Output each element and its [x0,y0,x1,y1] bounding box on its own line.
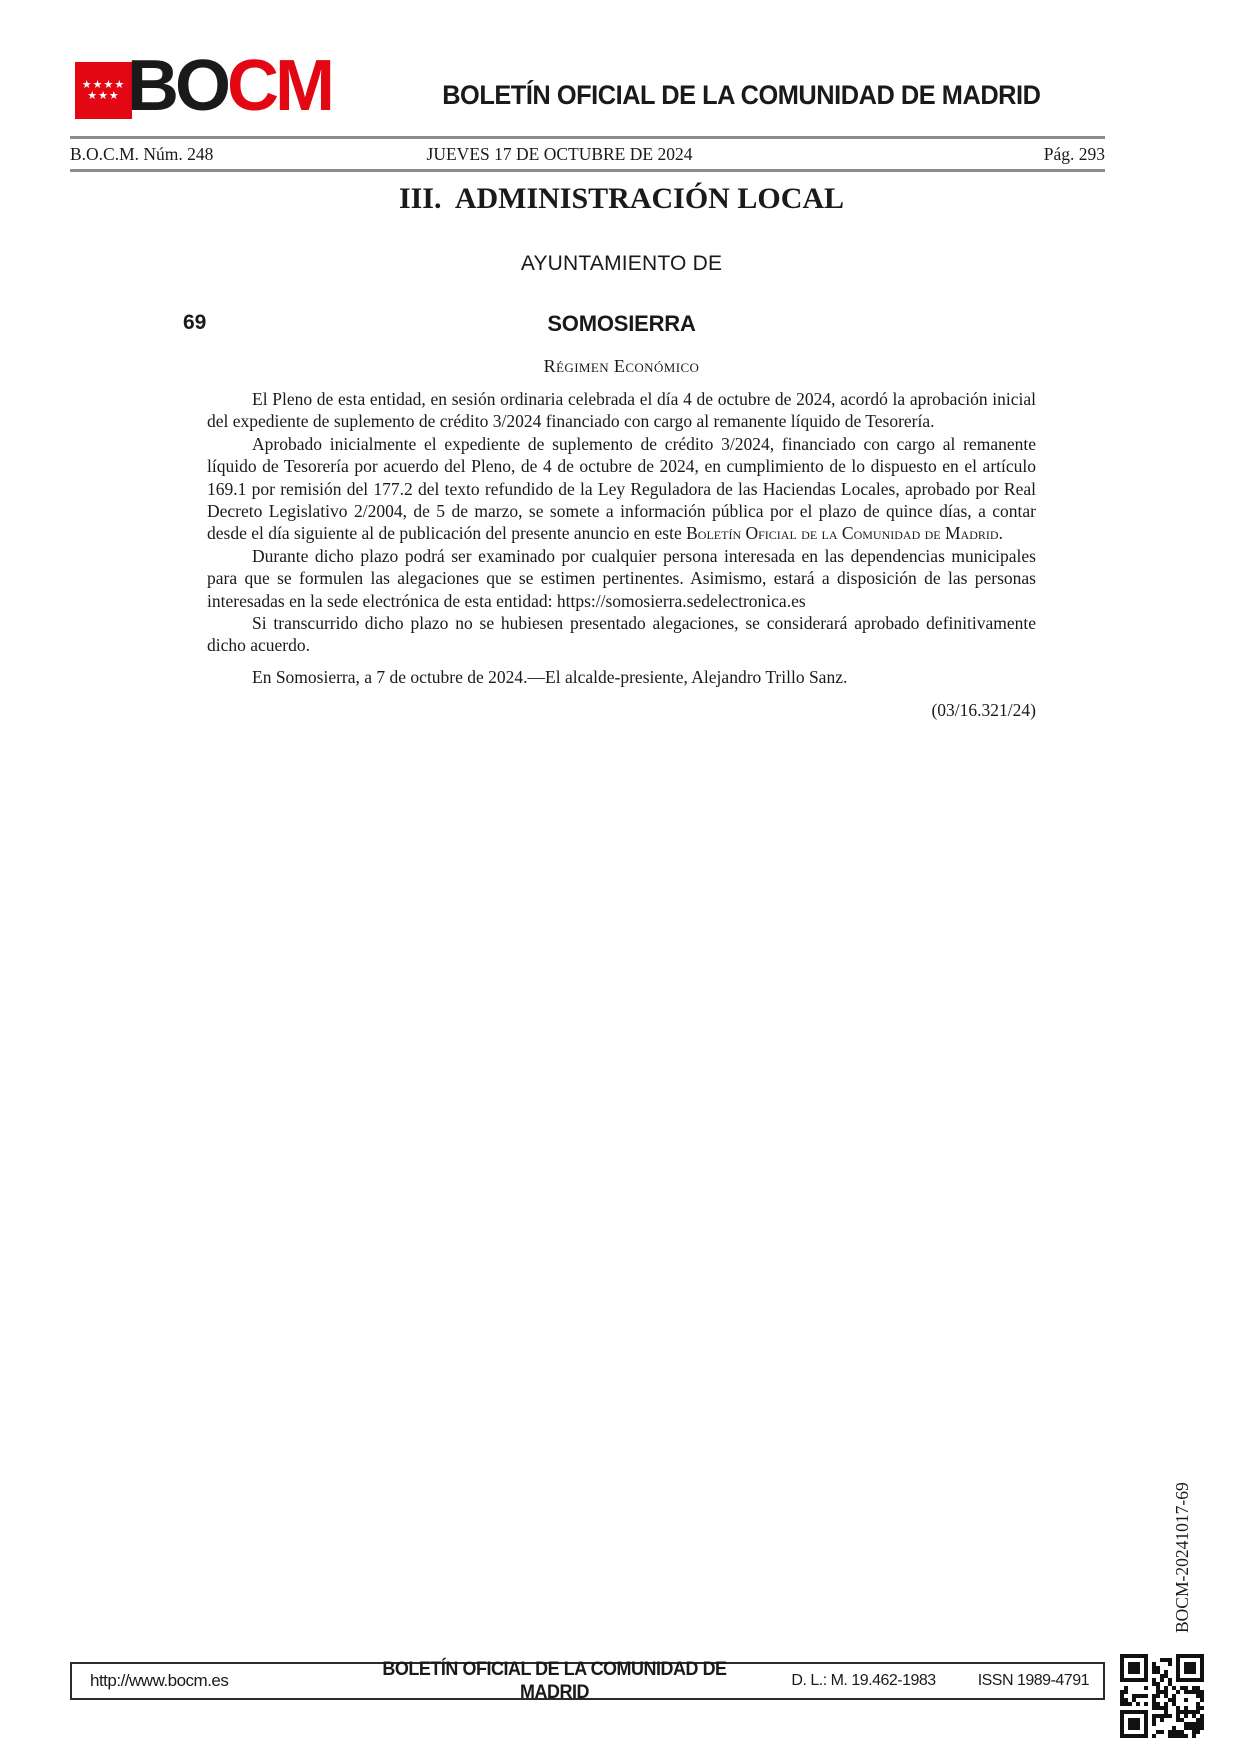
announcement-number: 69 [183,311,206,335]
text-run: . [999,523,1003,543]
bocm-wordmark-black: BO [127,46,227,126]
text-run: Si transcurrido dicho plazo no se hubies… [207,613,1036,655]
issue-date: JUEVES 17 DE OCTUBRE DE 2024 [372,144,747,165]
bocm-wordmark: BOCM [127,50,331,122]
text-run: El Pleno de esta entidad, en sesión ordi… [207,389,1036,431]
header-rule-top [70,136,1105,139]
paragraph: Aprobado inicialmente el expediente de s… [207,433,1036,545]
subject-heading: Régimen Económico [207,356,1036,377]
section-title: III. ADMINISTRACIÓN LOCAL [207,182,1036,216]
bulletin-title: BOLETÍN OFICIAL DE LA COMUNIDAD DE MADRI… [442,80,1040,111]
page-number: Pág. 293 [775,144,1105,165]
bocm-url-link[interactable]: http://www.bocm.es [72,1671,350,1691]
paragraph: Durante dicho plazo podrá ser examinado … [207,545,1036,612]
signature-line: En Somosierra, a 7 de octubre de 2024.—E… [207,666,1036,688]
qr-code [1120,1650,1204,1742]
vertical-document-code: BOCM-20241017-69 [1172,1482,1193,1633]
legal-deposit: D. L.: M. 19.462-1983 [791,1672,935,1690]
footer-legal: D. L.: M. 19.462-1983 ISSN 1989-4791 [759,1672,1103,1690]
madrid-flag-logo: ★★★★ ★★★ [75,62,132,119]
flag-stars-row-top: ★★★★ [82,80,125,91]
paragraph: Si transcurrido dicho plazo no se hubies… [207,612,1036,657]
paragraph: El Pleno de esta entidad, en sesión ordi… [207,388,1036,433]
footer-bar: http://www.bocm.es BOLETÍN OFICIAL DE LA… [70,1662,1105,1700]
header-meta-row: B.O.C.M. Núm. 248 JUEVES 17 DE OCTUBRE D… [70,141,1105,167]
footer-bulletin-title: BOLETÍN OFICIAL DE LA COMUNIDAD DE MADRI… [366,1658,742,1704]
reference-code: (03/16.321/24) [207,699,1036,721]
announcement-body: El Pleno de esta entidad, en sesión ordi… [207,388,1036,722]
flag-stars-row-bottom: ★★★ [87,91,120,102]
municipality-heading: SOMOSIERRA [207,311,1036,337]
bocm-page: ★★★★ ★★★ BOCM BOLETÍN OFICIAL DE LA COMU… [0,0,1241,1754]
sedelectronica-link[interactable]: https://somosierra.sedelectronica.es [557,591,806,611]
issn-number: ISSN 1989-4791 [978,1672,1089,1690]
issue-number: B.O.C.M. Núm. 248 [70,144,400,165]
text-run: Boletín Oficial de la Comunidad de Madri… [686,523,998,543]
entity-type-heading: AYUNTAMIENTO DE [207,252,1036,276]
body-paragraphs: El Pleno de esta entidad, en sesión ordi… [207,388,1036,657]
bocm-wordmark-red: CM [227,46,331,126]
header-rule-bottom [70,169,1105,172]
